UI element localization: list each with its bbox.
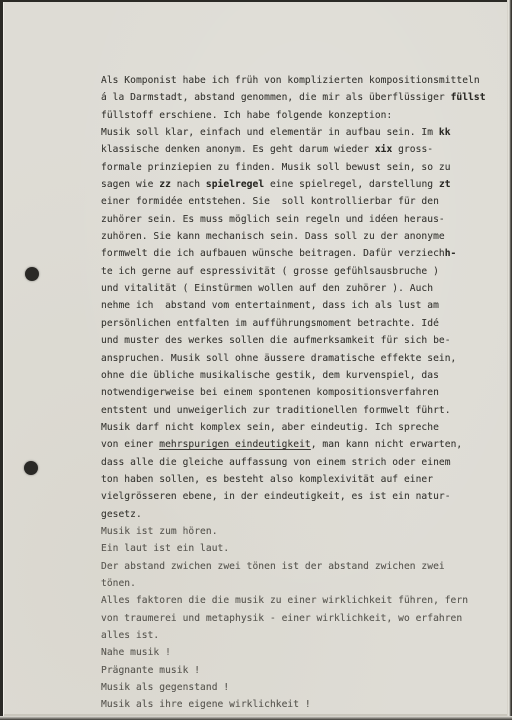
- text-line: formwelt die ich aufbauen wünsche beitra…: [101, 245, 512, 262]
- scanned-page-background: Als Komponist habe ich früh von komplizi…: [0, 0, 512, 720]
- text-segment: Alles faktoren die die musik zu einer wi…: [101, 595, 468, 606]
- text-segment: sagen wie: [101, 179, 159, 190]
- text-line: alles ist.: [101, 627, 512, 644]
- typed-over-text: kk: [439, 127, 451, 138]
- text-segment: tönen.: [101, 578, 136, 589]
- text-line: zuhörer sein. Es muss möglich sein regel…: [101, 211, 512, 228]
- text-line: von einer mehrspurigen eindeutigkeit, ma…: [101, 436, 512, 453]
- text-segment: Musik soll klar, einfach und elementär i…: [101, 127, 439, 138]
- text-line: tönen.: [101, 575, 512, 592]
- text-line: Nahe musik !: [101, 644, 512, 661]
- text-line: te ich gerne auf espressivität ( grosse …: [101, 263, 512, 280]
- text-segment: zuhörer sein. Es muss möglich sein regel…: [101, 214, 445, 225]
- text-line: Musik ist zum hören.: [101, 523, 512, 540]
- text-segment: Als Komponist habe ich früh von komplizi…: [101, 75, 480, 86]
- text-segment: formale prinziepien zu finden. Musik sol…: [101, 162, 451, 173]
- text-segment: Musik als ihre eigene wirklichkeit !: [101, 699, 311, 710]
- text-line: einer formidée entstehen. Sie soll kontr…: [101, 193, 512, 210]
- text-segment: füllstoff erschiene. Ich habe folgende k…: [101, 110, 392, 121]
- text-segment: und vitalität ( Einstürmen wollen auf de…: [101, 283, 433, 294]
- text-segment: Musik ist zum hören.: [101, 526, 218, 537]
- text-segment: Musik darf nicht komplex sein, aber eind…: [101, 422, 439, 433]
- text-segment: zuhören. Sie kann mechanisch sein. Dass …: [101, 231, 445, 242]
- typed-over-text: xix: [375, 144, 392, 155]
- typed-over-text: zz: [159, 179, 171, 190]
- text-line: füllstoff erschiene. Ich habe folgende k…: [101, 107, 512, 124]
- text-line: klassische denken anonym. Es geht darum …: [101, 141, 512, 158]
- typewritten-text-body: Als Komponist habe ich früh von komplizi…: [101, 72, 512, 714]
- page-edge-bottom: [0, 716, 512, 720]
- text-line: zuhören. Sie kann mechanisch sein. Dass …: [101, 228, 512, 245]
- text-segment: Musik als gegenstand !: [101, 682, 229, 693]
- text-line: Alles faktoren die die musik zu einer wi…: [101, 592, 512, 609]
- underlined-phrase: mehrspurigen eindeutigkeit: [159, 439, 310, 450]
- text-line: entstent und unweigerlich zur traditione…: [101, 402, 512, 419]
- text-segment: von traumerei und metaphysik - einer wir…: [101, 613, 462, 624]
- text-line: Ein laut ist ein laut.: [101, 540, 512, 557]
- text-segment: Der abstand zwichen zwei tönen ist der a…: [101, 561, 445, 572]
- overtyped-text: h-: [445, 248, 457, 259]
- text-line: notwendigerweise bei einem spontenen kom…: [101, 384, 512, 401]
- text-line: Musik als gegenstand !: [101, 679, 512, 696]
- text-segment: gesetz.: [101, 509, 142, 520]
- punch-hole-upper: [25, 267, 39, 281]
- text-segment: Prägnante musik !: [101, 665, 200, 676]
- text-segment: entstent und unweigerlich zur traditione…: [101, 405, 451, 416]
- text-segment: , man kann nicht erwarten,: [311, 439, 462, 450]
- text-segment: vielgrösseren ebene, in der eindeutigkei…: [101, 491, 451, 502]
- text-line: Prägnante musik !: [101, 662, 512, 679]
- text-segment: und muster des werkes sollen die aufmerk…: [101, 335, 451, 346]
- text-line: Musik darf nicht komplex sein, aber eind…: [101, 419, 512, 436]
- text-line: formale prinziepien zu finden. Musik sol…: [101, 159, 512, 176]
- text-line: persönlichen entfalten im aufführungsmom…: [101, 315, 512, 332]
- text-segment: Nahe musik !: [101, 647, 171, 658]
- text-segment: alles ist.: [101, 630, 159, 641]
- text-segment: klassische denken anonym. Es geht darum …: [101, 144, 375, 155]
- text-segment: von einer: [101, 439, 159, 450]
- text-line: Musik soll klar, einfach und elementär i…: [101, 124, 512, 141]
- text-line: von traumerei und metaphysik - einer wir…: [101, 610, 512, 627]
- text-line: Musik als ihre eigene wirklichkeit !: [101, 696, 512, 713]
- text-segment: ton haben sollen, es besteht also komple…: [101, 474, 433, 485]
- text-segment: á la Darmstadt, abstand genommen, die mi…: [101, 92, 451, 103]
- text-segment: ohne die übliche musikalische gestik, de…: [101, 370, 439, 381]
- text-segment: nehme ich abstand vom entertainment, das…: [101, 300, 439, 311]
- punch-hole-lower: [24, 461, 38, 475]
- text-segment: dass alle die gleiche auffassung von ein…: [101, 457, 451, 468]
- paper-sheet: Als Komponist habe ich früh von komplizi…: [3, 2, 509, 716]
- text-segment: eine spielregel, darstellung: [264, 179, 439, 190]
- typed-over-text: zt: [439, 179, 451, 190]
- text-line: ton haben sollen, es besteht also komple…: [101, 471, 512, 488]
- page-edge-right: [507, 0, 512, 720]
- text-segment: notwendigerweise bei einem spontenen kom…: [101, 387, 439, 398]
- text-line: ohne die übliche musikalische gestik, de…: [101, 367, 512, 384]
- text-line: sagen wie zz nach spielregel eine spielr…: [101, 176, 512, 193]
- text-segment: persönlichen entfalten im aufführungsmom…: [101, 318, 439, 329]
- text-line: á la Darmstadt, abstand genommen, die mi…: [101, 89, 512, 106]
- text-line: und muster des werkes sollen die aufmerk…: [101, 332, 512, 349]
- text-segment: te ich gerne auf espressivität ( grosse …: [101, 266, 439, 277]
- text-segment: anspruchen. Musik soll ohne äussere dram…: [101, 353, 456, 364]
- text-line: Als Komponist habe ich früh von komplizi…: [101, 72, 512, 89]
- text-segment: gross-: [392, 144, 433, 155]
- typed-over-text: spielregel: [206, 179, 264, 190]
- typed-over-text: füllst: [451, 92, 486, 103]
- text-segment: nach: [171, 179, 206, 190]
- text-line: Der abstand zwichen zwei tönen ist der a…: [101, 558, 512, 575]
- text-segment: formwelt die ich aufbauen wünsche beitra…: [101, 248, 445, 259]
- text-line: und vitalität ( Einstürmen wollen auf de…: [101, 280, 512, 297]
- text-segment: einer formidée entstehen. Sie soll kontr…: [101, 196, 439, 207]
- text-segment: Ein laut ist ein laut.: [101, 543, 229, 554]
- text-line: gesetz.: [101, 506, 512, 523]
- text-line: anspruchen. Musik soll ohne äussere dram…: [101, 350, 512, 367]
- text-line: dass alle die gleiche auffassung von ein…: [101, 454, 512, 471]
- text-line: nehme ich abstand vom entertainment, das…: [101, 297, 512, 314]
- text-line: vielgrösseren ebene, in der eindeutigkei…: [101, 488, 512, 505]
